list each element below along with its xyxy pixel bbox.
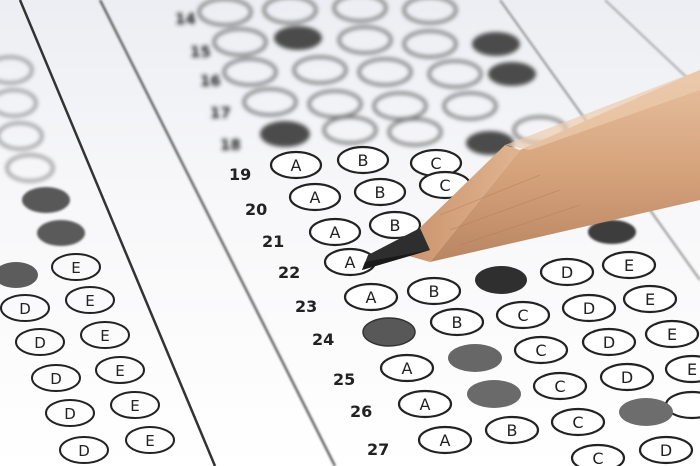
svg-text:A: A bbox=[440, 431, 451, 450]
svg-text:A: A bbox=[291, 156, 302, 175]
svg-text:A: A bbox=[330, 223, 341, 242]
question-number: 25 bbox=[333, 370, 355, 389]
svg-text:A: A bbox=[420, 395, 431, 414]
svg-text:E: E bbox=[645, 290, 655, 309]
question-number: 22 bbox=[278, 263, 300, 282]
svg-text:E: E bbox=[100, 327, 109, 345]
svg-text:D: D bbox=[660, 441, 672, 460]
svg-text:B: B bbox=[452, 313, 463, 332]
svg-text:E: E bbox=[667, 325, 677, 344]
left-column-bubbles: EEE EEE DDD DD bbox=[0, 57, 174, 463]
svg-text:E: E bbox=[71, 259, 80, 277]
svg-text:E: E bbox=[145, 432, 154, 450]
svg-text:D: D bbox=[78, 442, 90, 460]
svg-text:C: C bbox=[439, 176, 450, 195]
svg-text:E: E bbox=[687, 360, 697, 379]
question-number: 21 bbox=[262, 232, 284, 251]
svg-text:E: E bbox=[624, 256, 634, 275]
svg-text:D: D bbox=[34, 334, 46, 352]
svg-text:D: D bbox=[621, 368, 633, 387]
svg-text:C: C bbox=[572, 413, 583, 432]
svg-text:E: E bbox=[130, 397, 139, 415]
svg-text:D: D bbox=[19, 300, 31, 318]
svg-text:C: C bbox=[430, 154, 441, 173]
svg-text:E: E bbox=[85, 292, 94, 310]
svg-text:C: C bbox=[517, 306, 528, 325]
question-number: 26 bbox=[350, 402, 372, 421]
question-number: 27 bbox=[367, 440, 389, 459]
svg-text:B: B bbox=[429, 282, 440, 301]
svg-text:D: D bbox=[561, 263, 573, 282]
svg-text:A: A bbox=[366, 288, 377, 307]
question-number: 24 bbox=[312, 330, 334, 349]
svg-text:A: A bbox=[402, 359, 413, 378]
svg-text:A: A bbox=[310, 188, 321, 207]
svg-text:16: 16 bbox=[200, 72, 221, 90]
pencil bbox=[362, 70, 700, 270]
answer-sheet-photo: EEE EEE DDD DD bbox=[0, 0, 700, 466]
svg-text:E: E bbox=[115, 362, 124, 380]
question-number: 20 bbox=[245, 200, 267, 219]
svg-text:17: 17 bbox=[210, 104, 231, 122]
svg-text:D: D bbox=[583, 299, 595, 318]
photo-canvas: EEE EEE DDD DD bbox=[0, 0, 700, 466]
question-number: 19 bbox=[229, 165, 251, 184]
svg-text:B: B bbox=[375, 183, 386, 202]
svg-text:14: 14 bbox=[175, 10, 196, 28]
svg-text:B: B bbox=[358, 151, 369, 170]
question-number: 23 bbox=[295, 297, 317, 316]
svg-text:B: B bbox=[390, 216, 401, 235]
svg-text:C: C bbox=[592, 449, 603, 466]
svg-text:D: D bbox=[603, 333, 615, 352]
svg-text:A: A bbox=[345, 253, 356, 272]
svg-text:C: C bbox=[535, 341, 546, 360]
svg-text:15: 15 bbox=[190, 43, 211, 61]
svg-text:D: D bbox=[64, 405, 76, 423]
svg-text:B: B bbox=[507, 421, 518, 440]
svg-text:18: 18 bbox=[220, 136, 241, 154]
svg-text:C: C bbox=[554, 377, 565, 396]
main-column-blurred-rows: 1415 1617 18 bbox=[175, 0, 566, 155]
svg-text:D: D bbox=[50, 370, 62, 388]
